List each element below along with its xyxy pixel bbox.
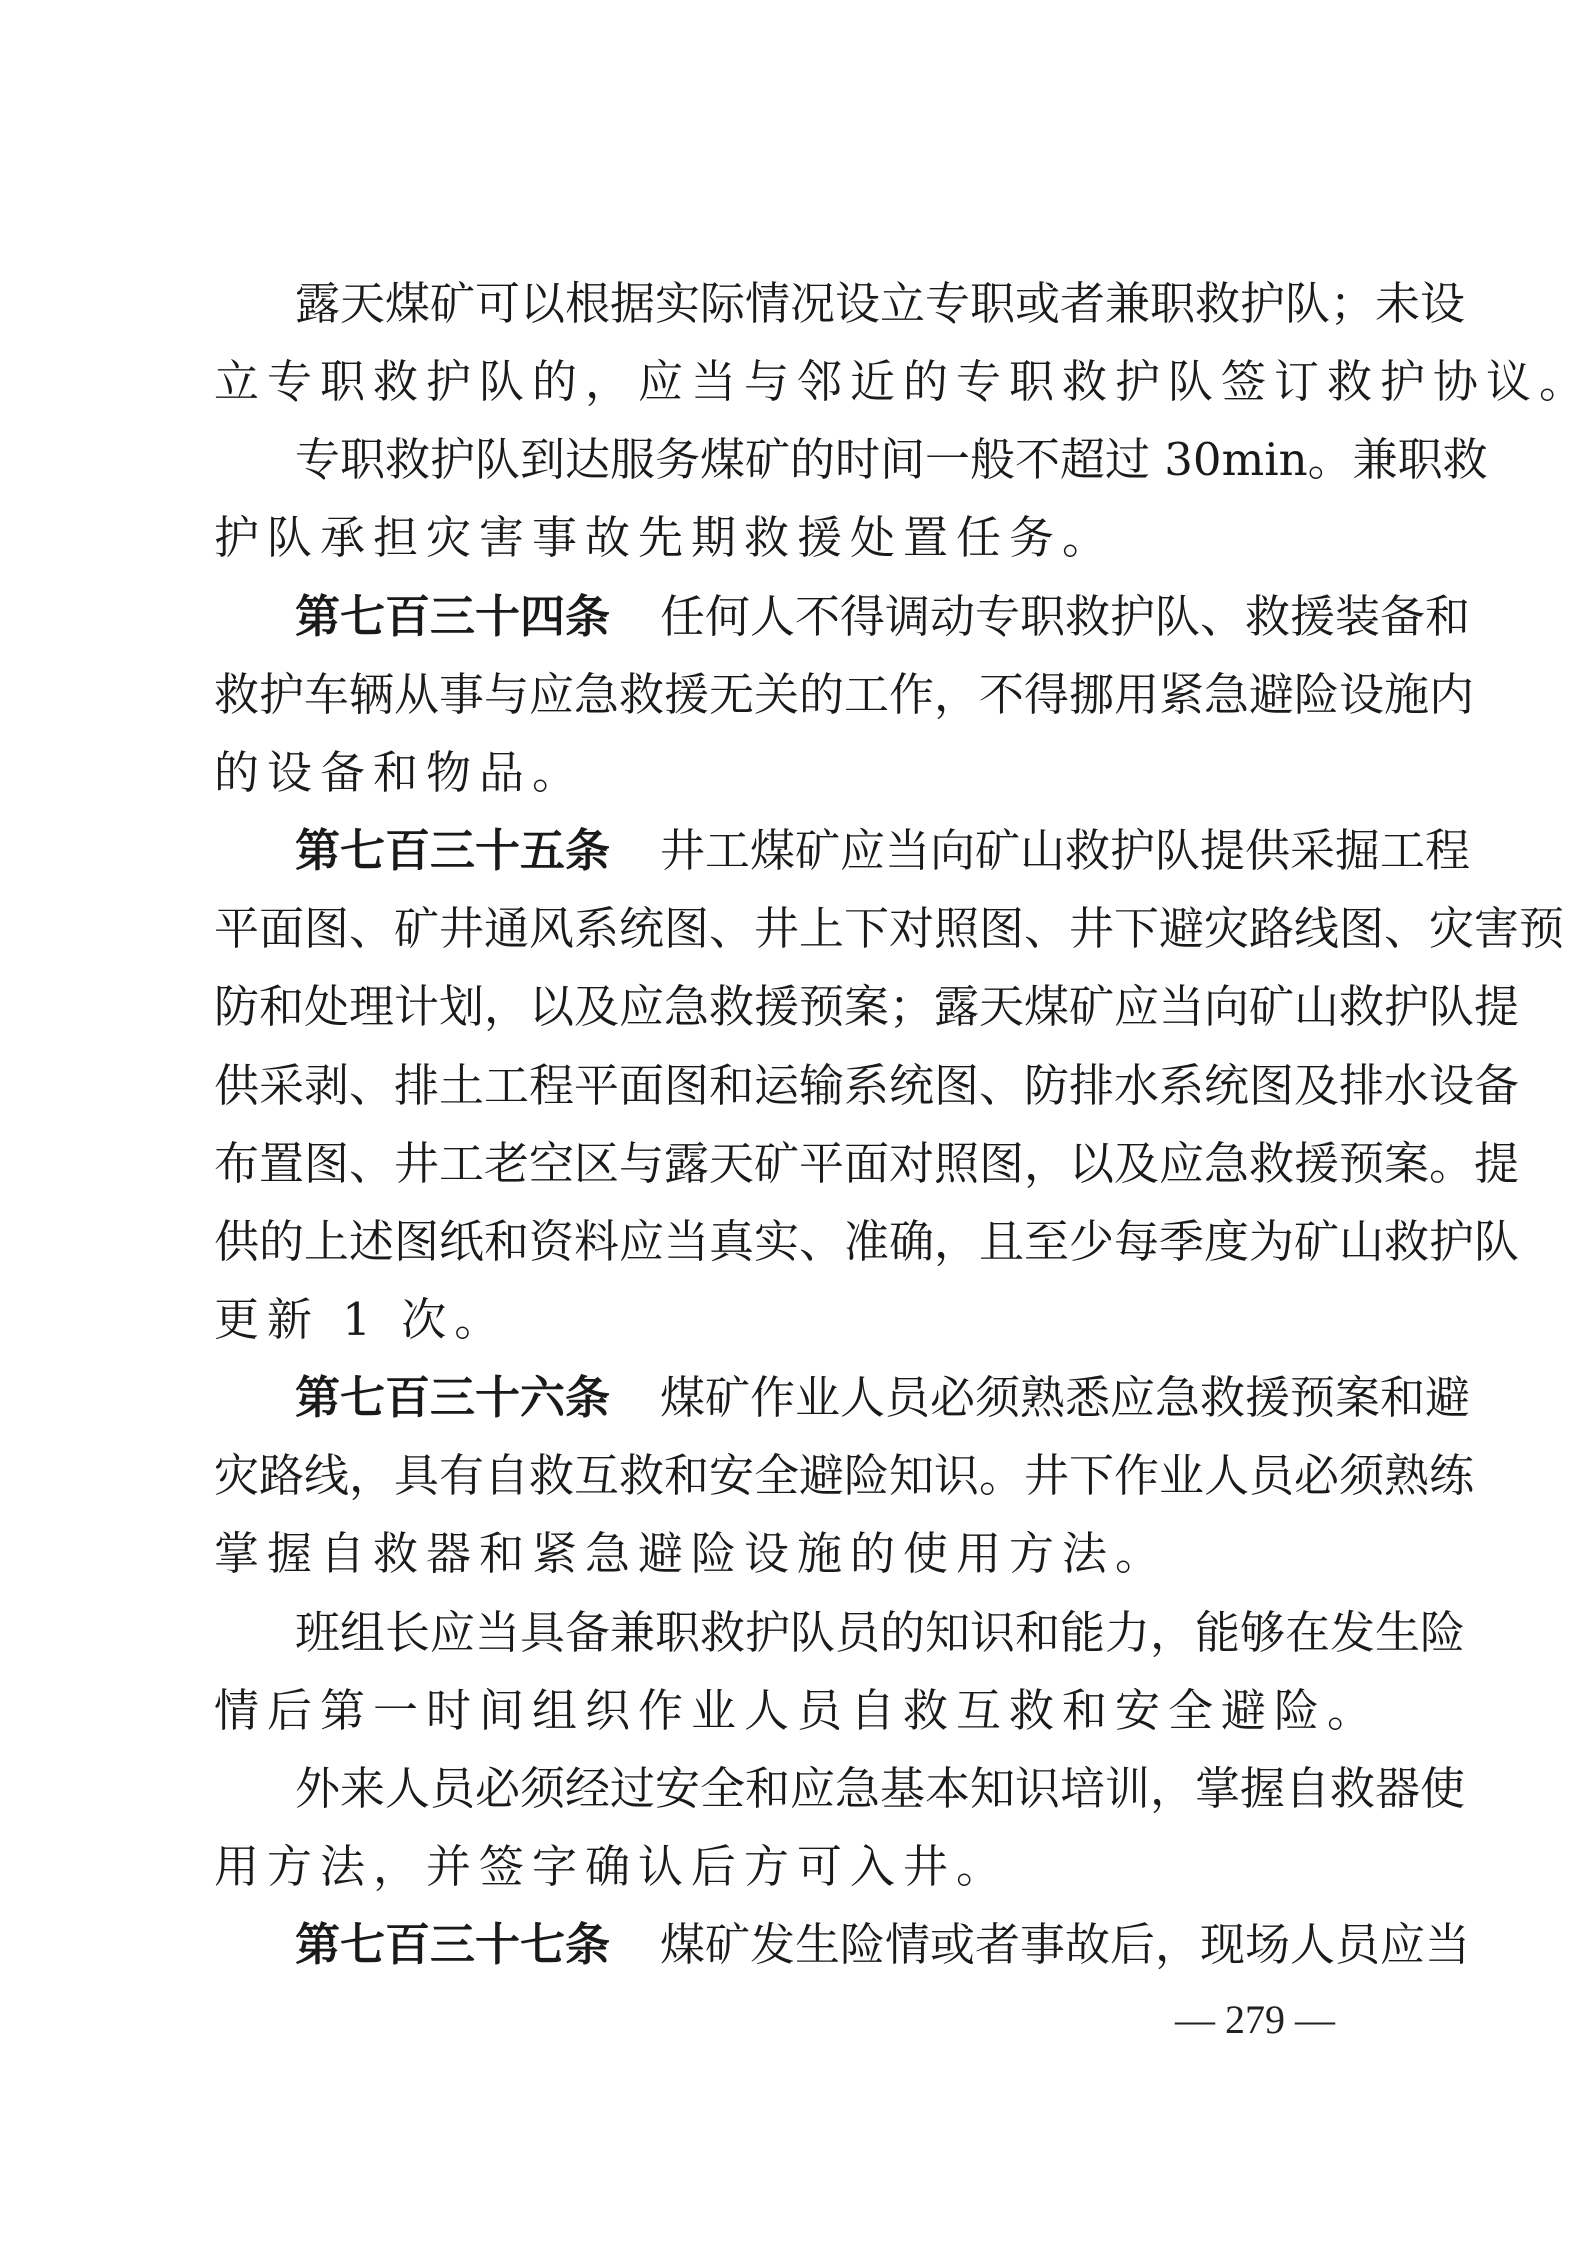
text-line: 灾路线，具有自救互救和安全避险知识。井下作业人员必须熟练 — [214, 1446, 1383, 1506]
article-line: 第七百三十七条煤矿发生险情或者事故后，现场人员应当 — [295, 1915, 1383, 1975]
text-line: 供的上述图纸和资料应当真实、准确，且至少每季度为矿山救护队 — [214, 1212, 1383, 1272]
text-line: 立专职救护队的，应当与邻近的专职救护队签订救护协议。 — [214, 352, 1383, 412]
article-line: 第七百三十五条井工煤矿应当向矿山救护队提供采掘工程 — [295, 821, 1383, 881]
line-text: 供采剥、排土工程平面图和运输系统图、防排水系统图及排水设备 — [214, 1059, 1519, 1112]
article-number: 第七百三十四条 — [295, 590, 610, 643]
article-number: 第七百三十六条 — [295, 1371, 610, 1424]
line-text: 用方法，并签字确认后方可入井。 — [214, 1840, 1009, 1893]
text-line: 情后第一时间组织作业人员自救互救和安全避险。 — [214, 1681, 1383, 1741]
line-text: 灾路线，具有自救互救和安全避险知识。井下作业人员必须熟练 — [214, 1449, 1474, 1502]
text-line: 布置图、井工老空区与露天矿平面对照图，以及应急救援预案。提 — [214, 1134, 1383, 1194]
line-text: 班组长应当具备兼职救护队员的知识和能力，能够在发生险 — [295, 1606, 1465, 1659]
line-text: 的设备和物品。 — [214, 746, 585, 799]
text-line: 更新 1 次。 — [214, 1290, 1383, 1350]
line-text: 更新 1 次。 — [214, 1293, 507, 1346]
line-text: 布置图、井工老空区与露天矿平面对照图，以及应急救援预案。提 — [214, 1137, 1519, 1190]
text-line: 班组长应当具备兼职救护队员的知识和能力，能够在发生险 — [295, 1603, 1383, 1663]
text-line: 露天煤矿可以根据实际情况设立专职或者兼职救护队；未设 — [295, 274, 1383, 334]
article-number: 第七百三十七条 — [295, 1918, 610, 1971]
line-text: 煤矿发生险情或者事故后，现场人员应当 — [660, 1918, 1470, 1971]
line-text: 平面图、矿井通风系统图、井上下对照图、井下避灾路线图、灾害预 — [214, 902, 1564, 955]
line-text: 救护车辆从事与应急救援无关的工作，不得挪用紧急避险设施内 — [214, 668, 1474, 721]
text-line: 救护车辆从事与应急救援无关的工作，不得挪用紧急避险设施内 — [214, 665, 1383, 725]
line-text: 外来人员必须经过安全和应急基本知识培训，掌握自救器使 — [295, 1762, 1465, 1815]
line-text: 露天煤矿可以根据实际情况设立专职或者兼职救护队；未设 — [295, 277, 1465, 330]
text-line: 掌握自救器和紧急避险设施的使用方法。 — [214, 1524, 1383, 1584]
text-line: 平面图、矿井通风系统图、井上下对照图、井下避灾路线图、灾害预 — [214, 899, 1383, 959]
line-text: 煤矿作业人员必须熟悉应急救援预案和避 — [660, 1371, 1470, 1424]
line-text: 掌握自救器和紧急避险设施的使用方法。 — [214, 1527, 1168, 1580]
page-number: — 279 — — [1160, 1992, 1350, 2048]
article-line: 第七百三十六条煤矿作业人员必须熟悉应急救援预案和避 — [295, 1368, 1383, 1428]
line-text: 立专职救护队的，应当与邻近的专职救护队签订救护协议。 — [214, 355, 1587, 408]
text-line: 供采剥、排土工程平面图和运输系统图、防排水系统图及排水设备 — [214, 1056, 1383, 1116]
text-line: 外来人员必须经过安全和应急基本知识培训，掌握自救器使 — [295, 1759, 1383, 1819]
line-text: 井工煤矿应当向矿山救护队提供采掘工程 — [660, 824, 1470, 877]
line-text: 任何人不得调动专职救护队、救援装备和 — [660, 590, 1470, 643]
article-number: 第七百三十五条 — [295, 824, 610, 877]
text-line: 的设备和物品。 — [214, 743, 1383, 803]
line-text: 防和处理计划，以及应急救援预案；露天煤矿应当向矿山救护队提 — [214, 980, 1519, 1033]
article-line: 第七百三十四条任何人不得调动专职救护队、救援装备和 — [295, 587, 1383, 647]
line-text: 专职救护队到达服务煤矿的时间一般不超过 30min。兼职救 — [295, 433, 1488, 486]
line-text: 护队承担灾害事故先期救援处置任务。 — [214, 511, 1115, 564]
text-line: 护队承担灾害事故先期救援处置任务。 — [214, 508, 1383, 568]
text-line: 防和处理计划，以及应急救援预案；露天煤矿应当向矿山救护队提 — [214, 977, 1383, 1037]
text-line: 用方法，并签字确认后方可入井。 — [214, 1837, 1383, 1897]
text-line: 专职救护队到达服务煤矿的时间一般不超过 30min。兼职救 — [295, 430, 1383, 490]
document-page: 露天煤矿可以根据实际情况设立专职或者兼职救护队；未设立专职救护队的，应当与邻近的… — [0, 0, 1587, 2245]
line-text: 情后第一时间组织作业人员自救互救和安全避险。 — [214, 1684, 1380, 1737]
line-text: 供的上述图纸和资料应当真实、准确，且至少每季度为矿山救护队 — [214, 1215, 1519, 1268]
